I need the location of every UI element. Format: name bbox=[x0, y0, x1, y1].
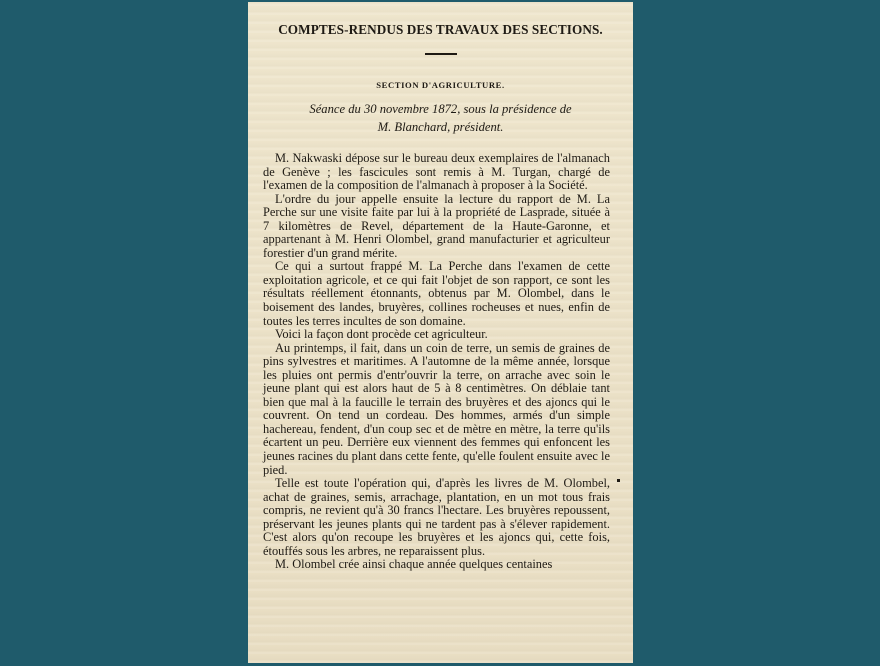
paragraph: L'ordre du jour appelle ensuite la lectu… bbox=[263, 193, 610, 261]
ink-speck bbox=[617, 479, 620, 482]
paragraph: M. Nakwaski dépose sur le bureau deux ex… bbox=[263, 152, 610, 193]
paragraph: Ce qui a surtout frappé M. La Perche dan… bbox=[263, 260, 610, 328]
header-divider bbox=[425, 53, 457, 55]
body-text: M. Nakwaski dépose sur le bureau deux ex… bbox=[263, 152, 610, 572]
paragraph: Voici la façon dont procède cet agricult… bbox=[263, 328, 610, 342]
section-title: SECTION D'AGRICULTURE. bbox=[248, 80, 633, 90]
session-line-1: Séance du 30 novembre 1872, sous la prés… bbox=[248, 100, 633, 118]
page-header: COMPTES-RENDUS DES TRAVAUX DES SECTIONS. bbox=[248, 22, 633, 38]
paragraph: M. Olombel crée ainsi chaque année quelq… bbox=[263, 558, 610, 572]
document-page: COMPTES-RENDUS DES TRAVAUX DES SECTIONS.… bbox=[248, 2, 633, 663]
paragraph: Telle est toute l'opération qui, d'après… bbox=[263, 477, 610, 558]
paragraph: Au printemps, il fait, dans un coin de t… bbox=[263, 342, 610, 477]
session-line-2: M. Blanchard, président. bbox=[248, 118, 633, 136]
session-heading: Séance du 30 novembre 1872, sous la prés… bbox=[248, 100, 633, 136]
